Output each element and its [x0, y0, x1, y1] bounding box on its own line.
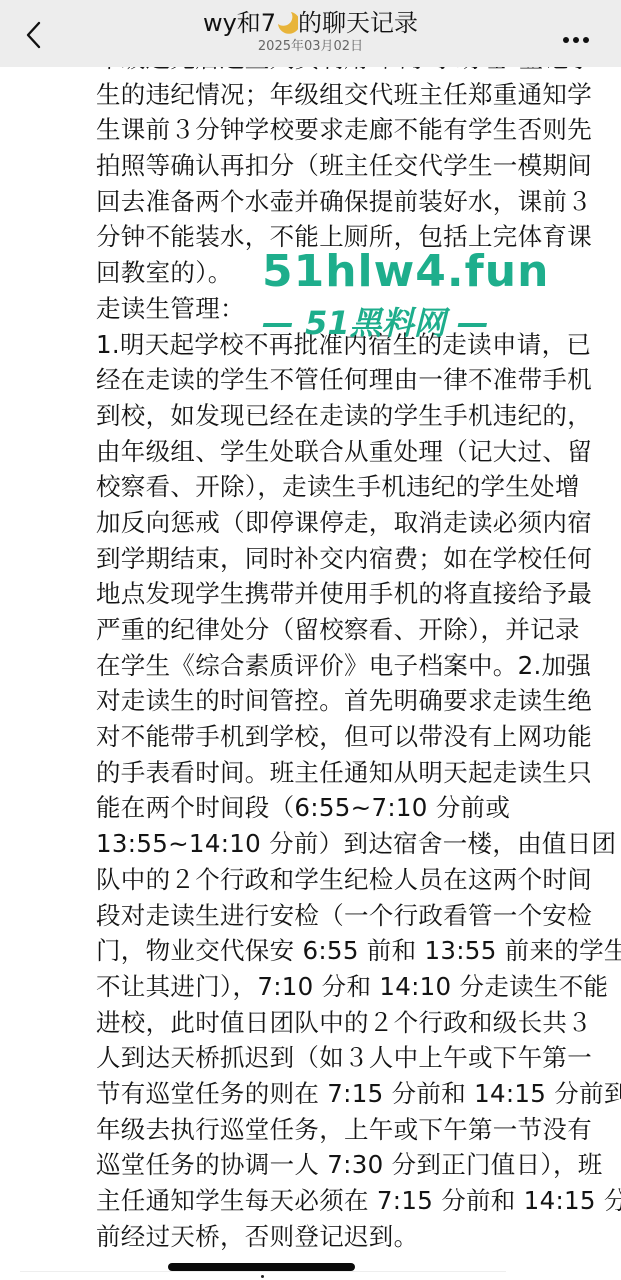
chat-record-text: 年级巡先后巡查人员利用“西子小助理”登记学生的违纪情况；年级组交代班主任郑重通知…	[96, 41, 596, 1254]
watermark-domain: 51hlw4.fun	[262, 246, 549, 297]
message-line: 严重的纪律处分（留校察看、开除），并记录	[96, 612, 596, 648]
message-line: 年级去执行巡堂任务，上午或下午第一节没有	[96, 1112, 596, 1148]
message-line: 校察看、开除），走读生手机违纪的学生处增	[96, 469, 596, 505]
message-line: 对不能带手机到学校，但可以带没有上网功能	[96, 719, 596, 755]
dot-decoration	[261, 1275, 264, 1278]
message-line: 门，物业交代保安 6:55 前和 13:55 前来的学生	[96, 933, 596, 969]
message-line: 13:55~14:10 分前）到达宿舍一楼，由值日团	[96, 826, 596, 862]
message-line: 巡堂任务的协调一人 7:30 分到正门值日），班	[96, 1147, 596, 1183]
message-line: 生课前３分钟学校要求走廊不能有学生否则先	[96, 112, 596, 148]
nav-header: wy和7的聊天记录 2025年03月02日	[0, 0, 621, 67]
message-line: 节有巡堂任务的则在 7:15 分前和 14:15 分前到	[96, 1076, 596, 1112]
home-indicator[interactable]	[168, 1263, 355, 1271]
message-line: 生的违纪情况；年级组交代班主任郑重通知学	[96, 77, 596, 113]
title-suffix: 的聊天记录	[298, 9, 418, 37]
crescent-moon-icon	[276, 10, 298, 34]
message-line: 队中的２个行政和学生纪检人员在这两个时间	[96, 862, 596, 898]
more-dot-icon	[573, 37, 579, 43]
page-title: wy和7的聊天记录	[0, 8, 621, 38]
more-dot-icon	[563, 37, 569, 43]
message-line: 由年级组、学生处联合从重处理（记大过、留	[96, 434, 596, 470]
message-line: 的手表看时间。班主任通知从明天起走读生只	[96, 755, 596, 791]
title-prefix: wy和7	[203, 9, 276, 37]
message-line: 前经过天桥，否则登记迟到。	[96, 1219, 596, 1255]
message-line: 在学生《综合素质评价》电子档案中。2.加强	[96, 648, 596, 684]
message-line: 人到达天桥抓迟到（如３人中上午或下午第一	[96, 1040, 596, 1076]
message-line: 到学期结束，同时补交内宿费；如在学校任何	[96, 541, 596, 577]
record-date: 2025年03月02日	[0, 38, 621, 56]
message-line: 能在两个时间段（6:55~7:10 分前或	[96, 790, 596, 826]
message-line: 经在走读的学生不管任何理由一律不准带手机	[96, 362, 596, 398]
message-line: 不让其进门），7:10 分和 14:10 分走读生不能	[96, 969, 596, 1005]
message-line: 主任通知学生每天必须在 7:15 分前和 14:15 分	[96, 1183, 596, 1219]
message-line: 加反向惩戒（即停课停走，取消走读必须内宿	[96, 505, 596, 541]
message-line: 到校，如发现已经在走读的学生手机违纪的，	[96, 398, 596, 434]
divider	[20, 1271, 506, 1272]
more-dot-icon	[583, 37, 589, 43]
message-line: 段对走读生进行安检（一个行政看管一个安检	[96, 898, 596, 934]
more-options-button[interactable]	[563, 28, 593, 38]
message-line: 进校，此时值日团队中的２个行政和级长共３	[96, 1005, 596, 1041]
message-line: 地点发现学生携带并使用手机的将直接给予最	[96, 576, 596, 612]
watermark-site-name: — 51黑料网 —	[262, 298, 489, 344]
message-line: 回去准备两个水壶并确保提前装好水，课前３	[96, 184, 596, 220]
message-line: 对走读生的时间管控。首先明确要求走读生绝	[96, 683, 596, 719]
message-line: 拍照等确认再扣分（班主任交代学生一模期间	[96, 148, 596, 184]
